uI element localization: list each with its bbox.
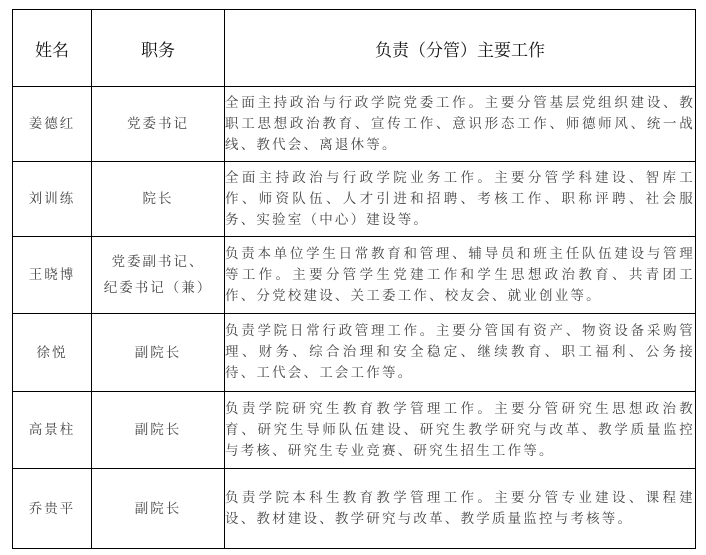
table-row: 王晓博 党委副书记、 纪委书记（兼） 负责本单位学生日常教育和管理、辅导员和班主… [13, 237, 696, 314]
cell-position: 党委副书记、 纪委书记（兼） [92, 237, 225, 314]
cell-name: 王晓博 [13, 237, 92, 314]
cell-duties: 负责学院日常行政管理工作。主要分管国有资产、物资设备采购管理、财务、综合治理和安… [225, 314, 696, 392]
position-line: 副院长 [92, 417, 224, 443]
cell-position: 副院长 [92, 314, 225, 392]
cell-position: 副院长 [92, 392, 225, 469]
header-position: 职务 [92, 10, 225, 87]
cell-name: 刘训练 [13, 162, 92, 237]
cell-position: 院长 [92, 162, 225, 237]
cell-name: 高景柱 [13, 392, 92, 469]
table-row: 徐悦 副院长 负责学院日常行政管理工作。主要分管国有资产、物资设备采购管理、财务… [13, 314, 696, 392]
position-line: 党委书记 [92, 111, 224, 137]
cell-duties: 负责学院研究生教育教学管理工作。主要分管研究生思想政治教育、研究生导师队伍建设、… [225, 392, 696, 469]
cell-position: 副院长 [92, 469, 225, 549]
cell-name: 姜德红 [13, 87, 92, 162]
position-line: 副院长 [92, 340, 224, 366]
table-row: 刘训练 院长 全面主持政治与行政学院业务工作。主要分管学科建设、智库工作、师资队… [13, 162, 696, 237]
cell-duties: 负责本单位学生日常教育和管理、辅导员和班主任队伍建设与管理等工作。主要分管学生党… [225, 237, 696, 314]
table-row: 乔贵平 副院长 负责学院本科生教育教学管理工作。主要分管专业建设、课程建设、教材… [13, 469, 696, 549]
position-line: 院长 [92, 186, 224, 212]
cell-duties: 全面主持政治与行政学院业务工作。主要分管学科建设、智库工作、师资队伍、人才引进和… [225, 162, 696, 237]
table-header-row: 姓名 职务 负责（分管）主要工作 [13, 10, 696, 87]
position-line: 党委副书记、 [92, 249, 224, 275]
cell-duties: 全面主持政治与行政学院党委工作。主要分管基层党组织建设、教职工思想政治教育、宣传… [225, 87, 696, 162]
table-row: 姜德红 党委书记 全面主持政治与行政学院党委工作。主要分管基层党组织建设、教职工… [13, 87, 696, 162]
position-line: 副院长 [92, 496, 224, 522]
header-duties: 负责（分管）主要工作 [225, 10, 696, 87]
cell-name: 乔贵平 [13, 469, 92, 549]
cell-name: 徐悦 [13, 314, 92, 392]
table-row: 高景柱 副院长 负责学院研究生教育教学管理工作。主要分管研究生思想政治教育、研究… [13, 392, 696, 469]
header-name: 姓名 [13, 10, 92, 87]
cell-position: 党委书记 [92, 87, 225, 162]
cell-duties: 负责学院本科生教育教学管理工作。主要分管专业建设、课程建设、教材建设、教学研究与… [225, 469, 696, 549]
position-line: 纪委书记（兼） [92, 275, 224, 301]
leadership-duties-table: 姓名 职务 负责（分管）主要工作 姜德红 党委书记 全面主持政治与行政学院党委工… [12, 9, 696, 549]
